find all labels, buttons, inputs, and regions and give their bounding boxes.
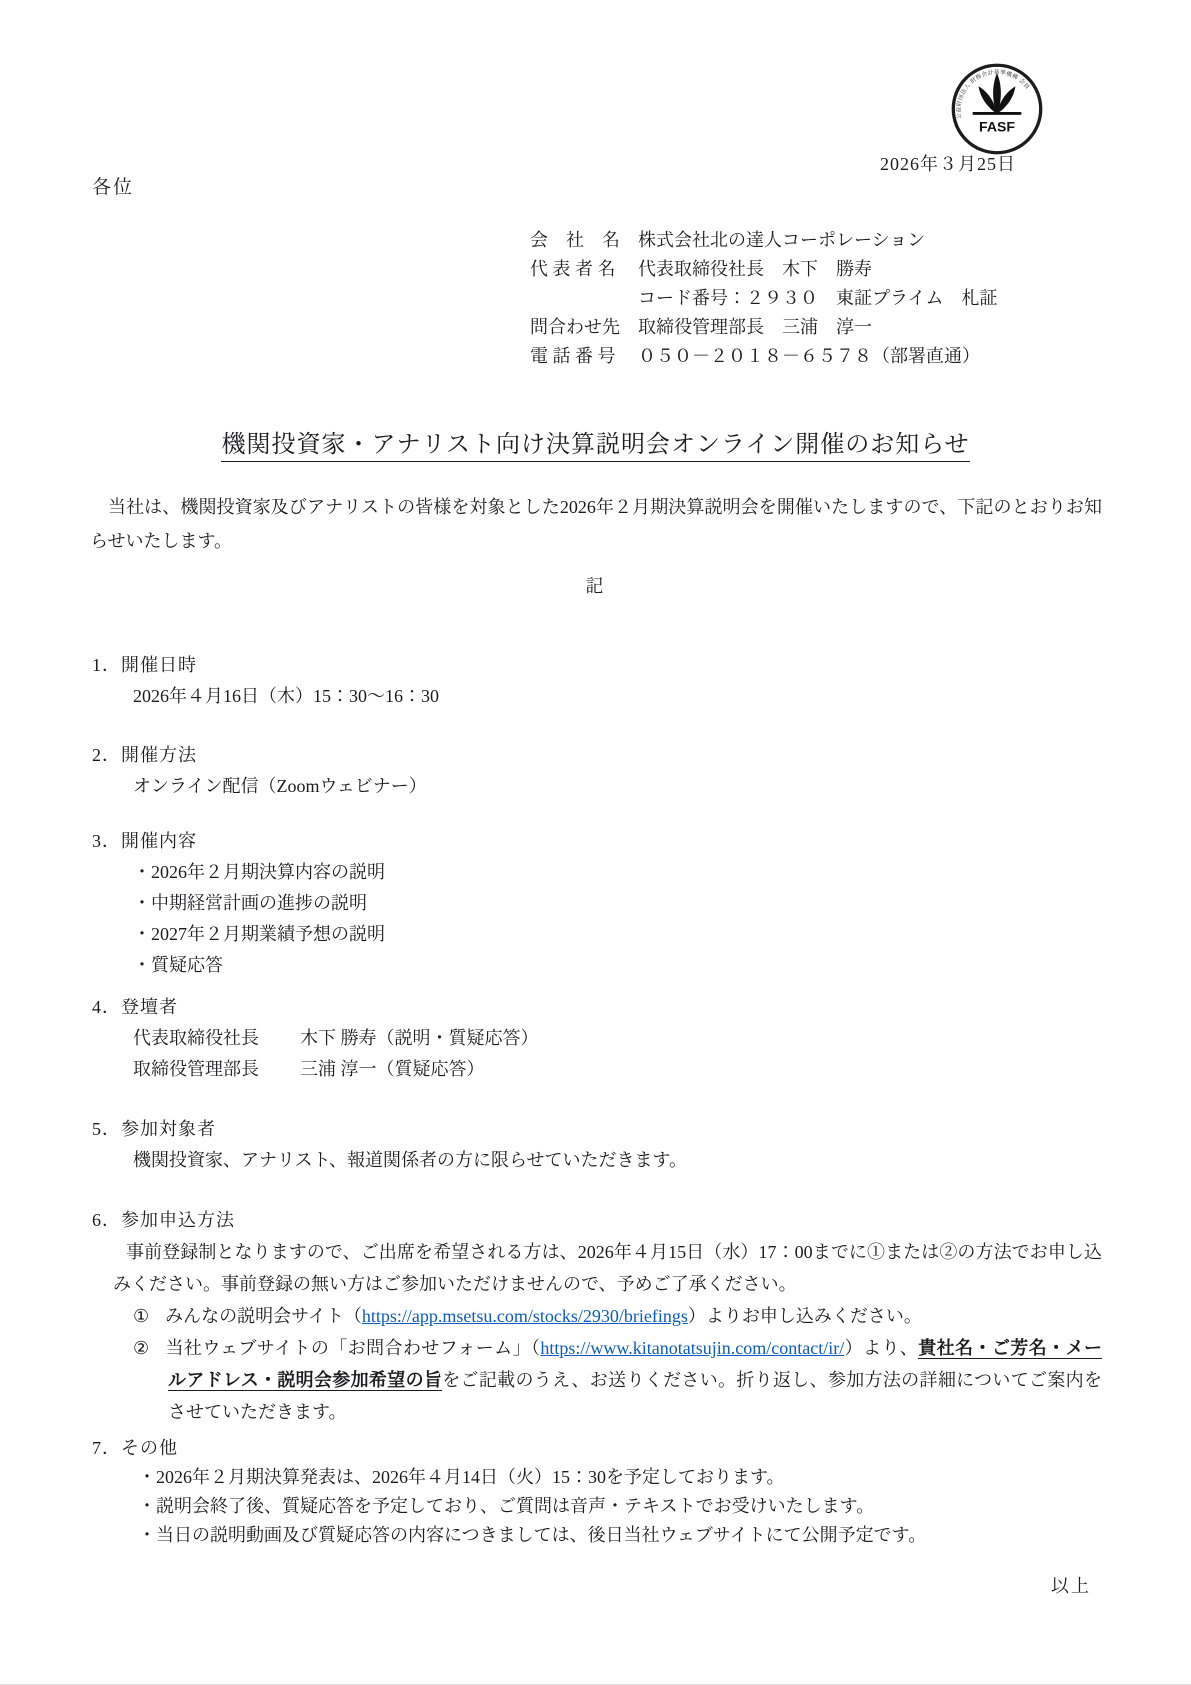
section-3-contents: 3．開催内容 ・2026年２月期決算内容の説明 ・中期経営計画の進捗の説明 ・2…: [92, 826, 1102, 981]
stock-code-row: コード番号：２９３０ 東証プライム 札証: [530, 284, 997, 313]
document-date: 2026年３月25日: [880, 150, 1016, 176]
section-2-body: オンライン配信（Zoomウェビナー）: [133, 771, 1102, 802]
section-7-bullet-list: ・2026年２月期決算発表は、2026年４月14日（火）15：30を予定しており…: [138, 1463, 1102, 1550]
section-1-body: 2026年４月16日（木）15：30～16：30: [133, 681, 1102, 712]
section-4-presenters: 4．登壇者 代表取締役社長木下 勝寿（説明・質疑応答） 取締役管理部長三浦 淳一…: [92, 992, 1102, 1085]
company-name-value: 株式会社北の達人コーポレーション: [638, 230, 925, 250]
stock-code-value: コード番号：２９３０ 東証プライム 札証: [638, 288, 997, 308]
option-2-text-mid: ）より、: [844, 1338, 918, 1358]
bullet-item: ・中期経営計画の進捗の説明: [133, 888, 1102, 919]
page-title-text: 機関投資家・アナリスト向け決算説明会オンライン開催のお知らせ: [221, 432, 969, 462]
company-name-row: 会 社 名株式会社北の達人コーポレーション: [530, 226, 997, 255]
section-5-eligibility: 5．参加対象者 機関投資家、アナリスト、報道関係者の方に限らせていただきます。: [92, 1114, 1102, 1176]
section-5-heading: 5．参加対象者: [92, 1114, 1102, 1145]
presenter-row: 取締役管理部長三浦 淳一（質疑応答）: [133, 1054, 1102, 1085]
addressee: 各位: [92, 172, 134, 199]
presenter-name: 三浦 淳一（質疑応答）: [300, 1059, 485, 1079]
contact-form-link[interactable]: https://www.kitanotatsujin.com/contact/i…: [540, 1338, 844, 1358]
section-5-body: 機関投資家、アナリスト、報道関係者の方に限らせていただきます。: [133, 1145, 1102, 1176]
circled-2-marker: ②: [133, 1338, 150, 1358]
section-1-heading: 1．開催日時: [92, 650, 1102, 681]
bullet-item: ・2027年２月期業績予想の説明: [133, 919, 1102, 950]
contact-row: 問合わせ先取締役管理部長 三浦 淳一: [530, 313, 997, 342]
intro-paragraph: 当社は、機関投資家及びアナリストの皆様を対象とした2026年２月期決算説明会を開…: [90, 490, 1102, 558]
option-1-text-after: ）よりお申し込みください。: [688, 1306, 922, 1326]
bullet-item: ・2026年２月期決算発表は、2026年４月14日（火）15：30を予定しており…: [138, 1463, 1102, 1492]
section-6-application: 6．参加申込方法 事前登録制となりますので、ご出席を希望される方は、2026年４…: [92, 1204, 1102, 1428]
note-marker: 記: [0, 572, 1191, 598]
fasf-logo: 公益財団法人 財務会計基準機構 会員 FASF: [950, 62, 1044, 156]
section-2-heading: 2．開催方法: [92, 740, 1102, 771]
section-2-method: 2．開催方法 オンライン配信（Zoomウェビナー）: [92, 740, 1102, 802]
presenter-role: 取締役管理部長: [133, 1054, 300, 1085]
presenter-role: 代表取締役社長: [133, 1023, 300, 1054]
representative-row: 代 表 者 名代表取締役社長 木下 勝寿: [530, 255, 997, 284]
presenter-name: 木下 勝寿（説明・質疑応答）: [300, 1028, 539, 1048]
company-info-block: 会 社 名株式会社北の達人コーポレーション 代 表 者 名代表取締役社長 木下 …: [530, 226, 997, 371]
section-1-datetime: 1．開催日時 2026年４月16日（木）15：30～16：30: [92, 650, 1102, 712]
phone-value: ０５０－２０１８－６５７８（部署直通）: [638, 346, 980, 366]
circled-1-marker: ①: [133, 1306, 149, 1326]
page-title: 機関投資家・アナリスト向け決算説明会オンライン開催のお知らせ: [0, 424, 1191, 459]
phone-label: 電 話 番 号: [530, 342, 638, 371]
section-6-intro: 事前登録制となりますので、ご出席を希望される方は、2026年４月15日（水）17…: [113, 1236, 1102, 1300]
presenter-list: 代表取締役社長木下 勝寿（説明・質疑応答） 取締役管理部長三浦 淳一（質疑応答）: [133, 1023, 1102, 1085]
contact-label: 問合わせ先: [530, 313, 638, 342]
phone-row: 電 話 番 号０５０－２０１８－６５７８（部署直通）: [530, 342, 997, 371]
fasf-seal-icon: 公益財団法人 財務会計基準機構 会員 FASF: [950, 62, 1044, 156]
presenter-row: 代表取締役社長木下 勝寿（説明・質疑応答）: [133, 1023, 1102, 1054]
section-3-bullet-list: ・2026年２月期決算内容の説明 ・中期経営計画の進捗の説明 ・2027年２月期…: [133, 857, 1102, 981]
closing-marker: 以上: [1051, 1572, 1091, 1598]
briefing-site-link[interactable]: https://app.msetsu.com/stocks/2930/brief…: [362, 1306, 688, 1326]
contact-value: 取締役管理部長 三浦 淳一: [638, 317, 872, 337]
section-7-heading: 7．その他: [92, 1434, 1102, 1463]
section-3-heading: 3．開催内容: [92, 826, 1102, 857]
application-option-2: ②当社ウェブサイトの「お問合わせフォーム」（https://www.kitano…: [92, 1332, 1102, 1428]
bullet-item: ・説明会終了後、質疑応答を予定しており、ご質問は音声・テキストでお受けいたします…: [138, 1492, 1102, 1521]
representative-value: 代表取締役社長 木下 勝寿: [638, 259, 872, 279]
section-7-other: 7．その他 ・2026年２月期決算発表は、2026年４月14日（火）15：30を…: [92, 1434, 1102, 1550]
company-name-label: 会 社 名: [530, 226, 638, 255]
bullet-item: ・質疑応答: [133, 950, 1102, 981]
option-2-text: 当社ウェブサイトの「お問合わせフォーム」（: [166, 1338, 541, 1358]
representative-label: 代 表 者 名: [530, 255, 638, 284]
section-6-heading: 6．参加申込方法: [92, 1204, 1102, 1236]
document-page: 公益財団法人 財務会計基準機構 会員 FASF 2026年３月25日 各位 会 …: [0, 0, 1191, 1685]
bullet-item: ・当日の説明動画及び質疑応答の内容につきましては、後日当社ウェブサイトにて公開予…: [138, 1521, 1102, 1550]
application-option-1: ①みんなの説明会サイト（https://app.msetsu.com/stock…: [92, 1300, 1102, 1332]
fasf-label: FASF: [979, 119, 1015, 135]
section-4-heading: 4．登壇者: [92, 992, 1102, 1023]
bullet-item: ・2026年２月期決算内容の説明: [133, 857, 1102, 888]
option-1-text: みんなの説明会サイト（: [165, 1306, 362, 1326]
